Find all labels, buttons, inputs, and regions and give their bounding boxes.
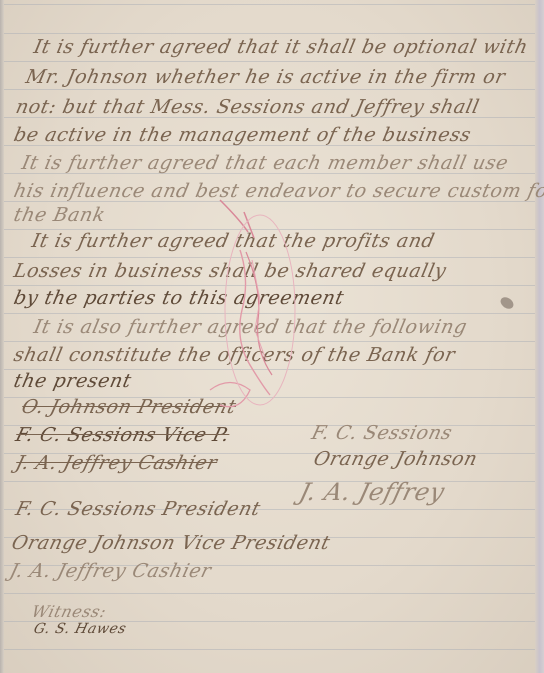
officer-vice-president: Orange Johnson Vice President [10,534,332,553]
page-left-edge [0,0,4,673]
page-right-edge [535,0,544,673]
ink-smudge [498,295,515,311]
body-line-4: be active in the management of the busin… [12,126,473,145]
body-line-13: the present [12,372,133,391]
red-cancellation-mark [200,190,310,420]
struck-officer-3: J. A. Jeffrey Cashier [14,454,220,473]
witness-name: G. S. Hawes [32,622,128,636]
body-line-1: It is further agreed that it shall be op… [32,38,530,57]
body-line-2: Mr. Johnson whether he is active in the … [24,68,507,87]
witness-label: Witness: [30,604,108,620]
officer-cashier: J. A. Jeffrey Cashier [8,562,214,581]
struck-officer-2: F. C. Sessions Vice P. [14,426,232,445]
signature-sessions: F. C. Sessions [310,424,455,443]
signature-jeffrey: J. A. Jeffrey [297,480,447,504]
officer-president: F. C. Sessions President [14,500,263,519]
manuscript-page: It is further agreed that it shall be op… [0,0,544,673]
body-line-3: not: but that Mess. Sessions and Jeffrey… [14,98,481,117]
body-line-7: the Bank [12,206,107,225]
signature-johnson: Orange Johnson [312,450,480,469]
body-line-5: It is further agreed that each member sh… [20,154,510,173]
